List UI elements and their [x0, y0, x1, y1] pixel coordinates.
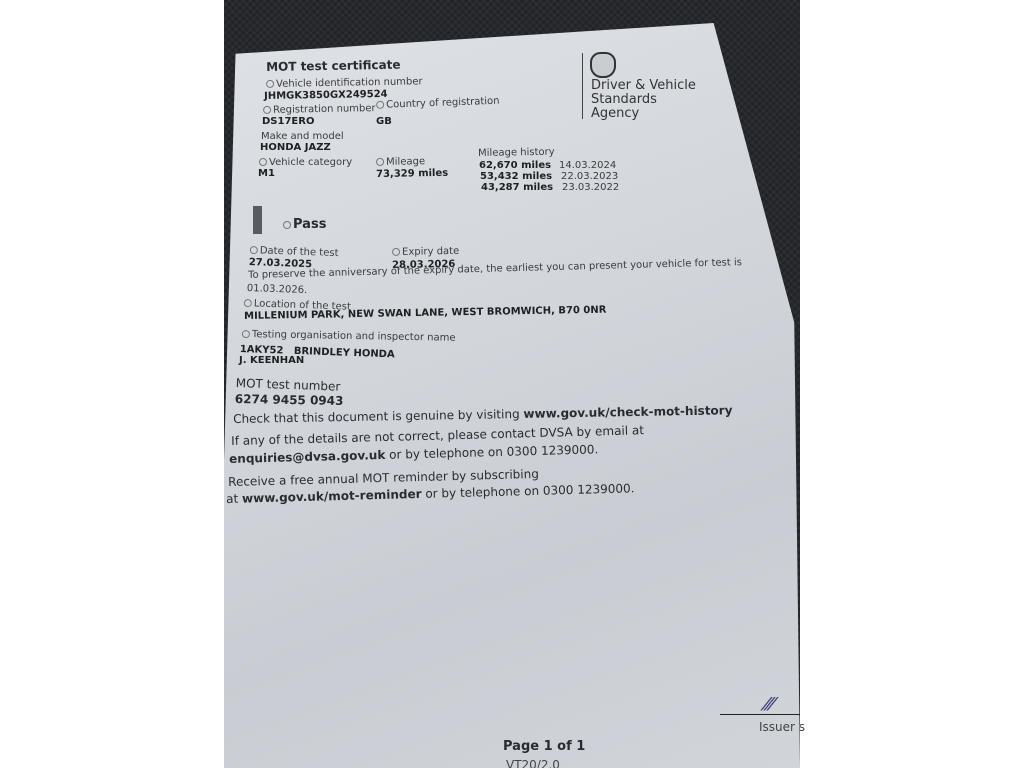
number-badge-icon — [250, 246, 258, 254]
make-value: HONDA JAZZ — [260, 142, 331, 153]
expiry-label: Expiry date — [392, 246, 459, 258]
reminder-at-text: at — [226, 492, 238, 506]
history-date-0: 14.03.2024 — [559, 160, 616, 171]
signature-line — [720, 714, 800, 715]
vin-value: JHMGK3850GX249524 — [264, 89, 388, 102]
mileage-label-text: Mileage — [386, 156, 425, 168]
reg-label-text: Registration number — [273, 103, 376, 116]
agency-line1: Driver & Vehicle — [591, 78, 696, 93]
number-badge-icon — [259, 158, 267, 166]
number-badge-icon — [266, 80, 274, 88]
inspector-value: J. KEENHAN — [239, 355, 304, 366]
issuer-label: Issuer s — [759, 720, 805, 734]
agency-line3: Agency — [591, 106, 639, 121]
number-badge-icon — [242, 330, 250, 338]
history-miles-1: 53,432 miles — [480, 171, 552, 182]
mileage-history-label: Mileage history — [478, 147, 555, 159]
make-label: Make and model — [261, 131, 344, 142]
signature-mark: ⁄⁄⁄ — [765, 694, 774, 715]
test-result: Pass — [283, 217, 326, 232]
result-bar — [253, 206, 262, 234]
country-value: GB — [376, 116, 392, 127]
number-badge-icon — [283, 221, 291, 229]
royal-crest-icon — [590, 52, 616, 78]
number-badge-icon — [263, 106, 271, 114]
agency-line2: Standards — [591, 92, 657, 107]
logo-divider — [582, 53, 583, 119]
number-badge-icon — [376, 101, 384, 109]
history-miles-2: 43,287 miles — [481, 182, 553, 193]
history-date-1: 22.03.2023 — [561, 171, 618, 182]
expiry-label-text: Expiry date — [402, 246, 459, 258]
number-badge-icon — [244, 299, 252, 307]
history-miles-0: 62,670 miles — [479, 160, 551, 171]
reg-value: DS17ERO — [262, 116, 314, 127]
test-result-text: Pass — [293, 217, 326, 232]
mileage-value: 73,329 miles — [376, 168, 448, 180]
number-badge-icon — [376, 158, 384, 166]
category-value: M1 — [258, 168, 275, 179]
category-label: Vehicle category — [259, 157, 352, 168]
preserve-date: 01.03.2026. — [247, 283, 308, 296]
form-code: VT20/2.0 — [506, 758, 560, 768]
page-number: Page 1 of 1 — [503, 739, 585, 754]
mileage-label: Mileage — [376, 156, 425, 168]
certificate-title: MOT test certificate — [266, 58, 401, 74]
history-date-2: 23.03.2022 — [562, 182, 619, 193]
test-number-value: 6274 9455 0943 — [235, 392, 344, 408]
reg-label: Registration number — [263, 103, 376, 116]
category-label-text: Vehicle category — [269, 157, 352, 168]
number-badge-icon — [392, 248, 400, 256]
